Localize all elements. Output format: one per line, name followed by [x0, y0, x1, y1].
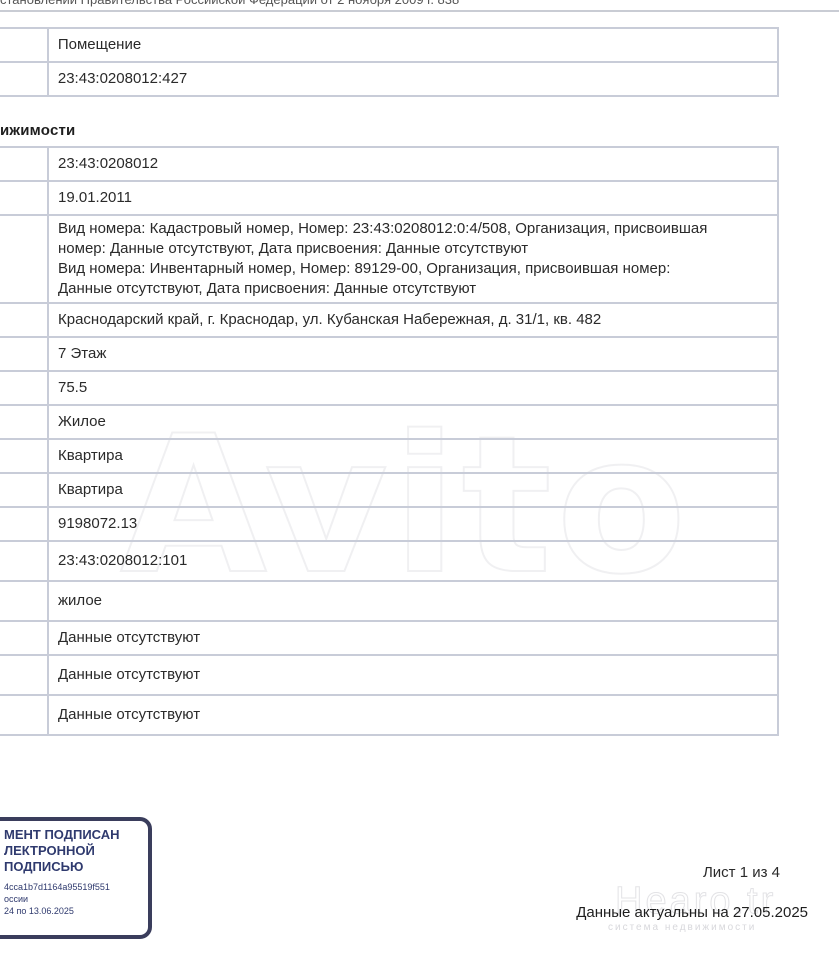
brand-watermark-subtitle: система недвижимости — [608, 922, 756, 933]
row-label — [0, 507, 48, 541]
row-label — [0, 473, 48, 507]
table-row: 75.5 — [0, 371, 778, 405]
table-row: Жилое — [0, 405, 778, 439]
table-row: в Данные отсутствуют — [0, 655, 778, 695]
area-value: 75.5 — [48, 371, 778, 405]
row-label — [0, 28, 48, 62]
assignment-date-value: 19.01.2011 — [48, 181, 778, 215]
data-actual-date: Данные актуальны на 27.05.2025 — [576, 904, 808, 921]
row-label — [0, 405, 48, 439]
table-row: Краснодарский край, г. Краснодар, ул. Ку… — [0, 303, 778, 337]
table-row: 9198072.13 — [0, 507, 778, 541]
stamp-validity: 24 по 13.06.2025 — [4, 905, 148, 917]
table-row: 23:43:0208012:101 — [0, 541, 778, 581]
table-row: Вид номера: Кадастровый номер, Номер: 23… — [0, 215, 778, 303]
stamp-certificate: 4cca1b7d1164a95519f551 — [4, 881, 148, 893]
previous-numbers-value: Вид номера: Кадастровый номер, Номер: 23… — [48, 215, 778, 303]
row-label — [0, 215, 48, 303]
cadastral-value: 9198072.13 — [48, 507, 778, 541]
row-label: в — [0, 655, 48, 695]
no-data-value: Данные отсутствуют — [48, 695, 778, 735]
stamp-title-line: МЕНТ ПОДПИСАН — [4, 827, 148, 843]
table-row: 23:43:0208012:427 — [0, 62, 778, 96]
table-row: 19.01.2011 — [0, 181, 778, 215]
section-title: ижимости — [0, 122, 75, 139]
stamp-title-line: ЛЕКТРОННОЙ — [4, 843, 148, 859]
premises-kind-value: Квартира — [48, 473, 778, 507]
floor-value: 7 Этаж — [48, 337, 778, 371]
row-label — [0, 541, 48, 581]
row-label — [0, 303, 48, 337]
no-data-value: Данные отсутствуют — [48, 655, 778, 695]
row-label — [0, 371, 48, 405]
row-label — [0, 695, 48, 735]
table-row: Данные отсутствуют — [0, 621, 778, 655]
cadastral-number-value: 23:43:0208012:427 — [48, 62, 778, 96]
cadastral-quarter-value: 23:43:0208012 — [48, 147, 778, 181]
row-label — [0, 147, 48, 181]
object-type-table: Помещение 23:43:0208012:427 — [0, 27, 779, 97]
row-label — [0, 581, 48, 621]
table-row: 7 Этаж — [0, 337, 778, 371]
stamp-owner: оссии — [4, 893, 148, 905]
table-row: жилое — [0, 581, 778, 621]
stamp-title-line: ПОДПИСЬЮ — [4, 859, 148, 875]
electronic-signature-stamp: МЕНТ ПОДПИСАН ЛЕКТРОННОЙ ПОДПИСЬЮ 4cca1b… — [0, 817, 152, 939]
premises-type-value: Квартира — [48, 439, 778, 473]
table-row: Квартира — [0, 439, 778, 473]
row-label — [0, 181, 48, 215]
previous-number-line: Вид номера: Инвентарный номер, Номер: 89… — [58, 259, 768, 279]
table-row: 23:43:0208012 — [0, 147, 778, 181]
header-regulation-text: становлении Правительства Российской Фед… — [0, 0, 839, 8]
property-details-table: 23:43:0208012 19.01.2011 Вид номера: Кад… — [0, 146, 779, 736]
page-count: Лист 1 из 4 — [703, 864, 780, 881]
object-type-value: Помещение — [48, 28, 778, 62]
header-divider — [0, 10, 839, 12]
building-purpose-value: жилое — [48, 581, 778, 621]
row-label — [0, 337, 48, 371]
previous-number-line: Вид номера: Кадастровый номер, Номер: 23… — [58, 219, 768, 239]
table-row: Квартира — [0, 473, 778, 507]
premises-purpose-value: Жилое — [48, 405, 778, 439]
row-label — [0, 62, 48, 96]
table-row: Данные отсутствуют — [0, 695, 778, 735]
no-data-value: Данные отсутствуют — [48, 621, 778, 655]
previous-number-line: Данные отсутствуют, Дата присвоения: Дан… — [58, 279, 768, 299]
address-value: Краснодарский край, г. Краснодар, ул. Ку… — [48, 303, 778, 337]
table-row: Помещение — [0, 28, 778, 62]
building-cadastral-number-value: 23:43:0208012:101 — [48, 541, 778, 581]
row-label — [0, 439, 48, 473]
previous-number-line: номер: Данные отсутствуют, Дата присвоен… — [58, 239, 768, 259]
row-label — [0, 621, 48, 655]
